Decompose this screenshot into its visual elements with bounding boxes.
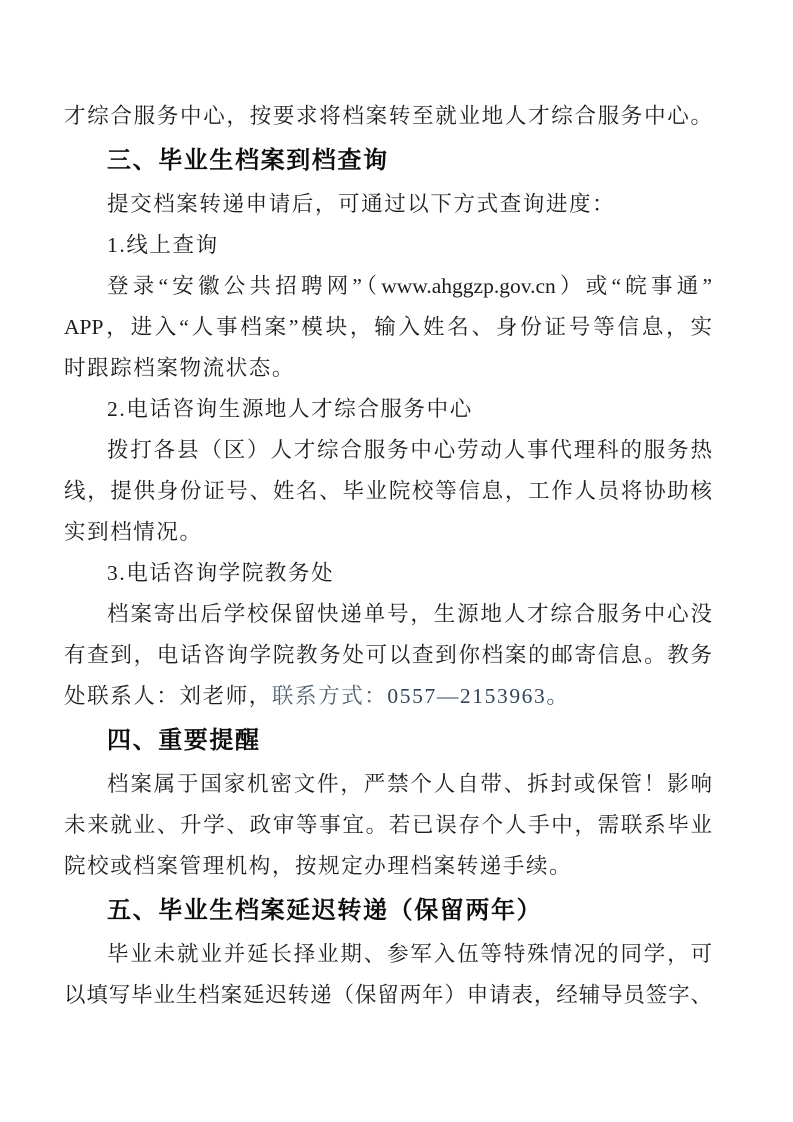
contact-phone-number: 0557—2153963。 <box>387 684 569 708</box>
contact-line: 处联系人：刘老师，联系方式：0557—2153963。 <box>64 676 712 717</box>
body-line: 未来就业、升学、政审等事宜。若已误存个人手中，需联系毕业 <box>64 805 712 846</box>
heading-section-5: 五、毕业生档案延迟转递（保留两年） <box>64 891 712 932</box>
body-line: 登录“安徽公共招聘网”（www.ahggzp.gov.cn）或“皖事通” <box>64 266 712 307</box>
body-line-continuation: 才综合服务中心，按要求将档案转至就业地人才综合服务中心。 <box>64 96 712 137</box>
list-item-3-title: 3.电话咨询学院教务处 <box>64 553 712 594</box>
body-line: 院校或档案管理机构，按规定办理档案转递手续。 <box>64 846 712 887</box>
body-line: 时跟踪档案物流状态。 <box>64 348 712 389</box>
list-item-1-title: 1.线上查询 <box>64 225 712 266</box>
contact-person-label: 处联系人：刘老师， <box>64 684 272 708</box>
body-line: 提交档案转递申请后，可通过以下方式查询进度： <box>64 184 712 225</box>
body-line: 实到档情况。 <box>64 512 712 553</box>
document-page: 才综合服务中心，按要求将档案转至就业地人才综合服务中心。 三、毕业生档案到档查询… <box>0 0 793 1122</box>
body-line: 线，提供身份证号、姓名、毕业院校等信息，工作人员将协助核 <box>64 471 712 512</box>
body-line: 有查到，电话咨询学院教务处可以查到你档案的邮寄信息。教务 <box>64 635 712 676</box>
contact-method-label: 联系方式： <box>272 684 388 708</box>
page-content: 才综合服务中心，按要求将档案转至就业地人才综合服务中心。 三、毕业生档案到档查询… <box>64 96 712 1016</box>
body-line: 拨打各县（区）人才综合服务中心劳动人事代理科的服务热 <box>64 430 712 471</box>
body-line: 档案属于国家机密文件，严禁个人自带、拆封或保管！影响 <box>64 764 712 805</box>
body-line: 以填写毕业生档案延迟转递（保留两年）申请表，经辅导员签字、 <box>64 975 712 1016</box>
heading-section-4: 四、重要提醒 <box>64 721 712 762</box>
body-line: 毕业未就业并延长择业期、参军入伍等特殊情况的同学，可 <box>64 934 712 975</box>
body-line: 档案寄出后学校保留快递单号，生源地人才综合服务中心没 <box>64 594 712 635</box>
list-item-2-title: 2.电话咨询生源地人才综合服务中心 <box>64 389 712 430</box>
heading-section-3: 三、毕业生档案到档查询 <box>64 141 712 182</box>
body-line: APP，进入“人事档案”模块，输入姓名、身份证号等信息，实 <box>64 307 712 348</box>
